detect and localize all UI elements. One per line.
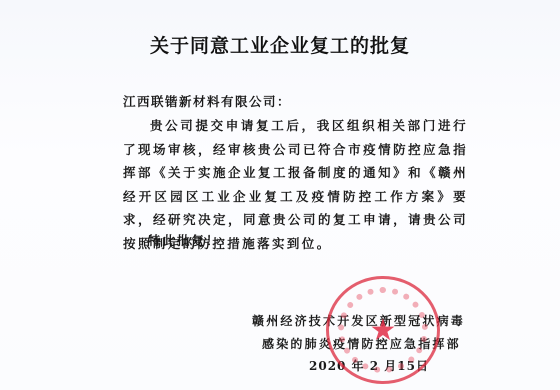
issue-date: 2020 年 2 月15日 bbox=[309, 357, 429, 374]
document-page: 关于同意工业企业复工的批复 江西联锴新材料有限公司： 贵公司提交申请复工后，我区… bbox=[0, 0, 560, 390]
issuer-name-line-2: 感染的肺炎疫情防控应急指挥部 bbox=[262, 335, 461, 352]
issuer-name-line-1: 赣州经济技术开发区新型冠状病毒 bbox=[252, 312, 465, 329]
recipient-salutation: 江西联锴新材料有限公司： bbox=[123, 92, 291, 110]
closing-remark: 特此批复！ bbox=[148, 231, 221, 249]
document-title: 关于同意工业企业复工的批复 bbox=[0, 31, 560, 58]
